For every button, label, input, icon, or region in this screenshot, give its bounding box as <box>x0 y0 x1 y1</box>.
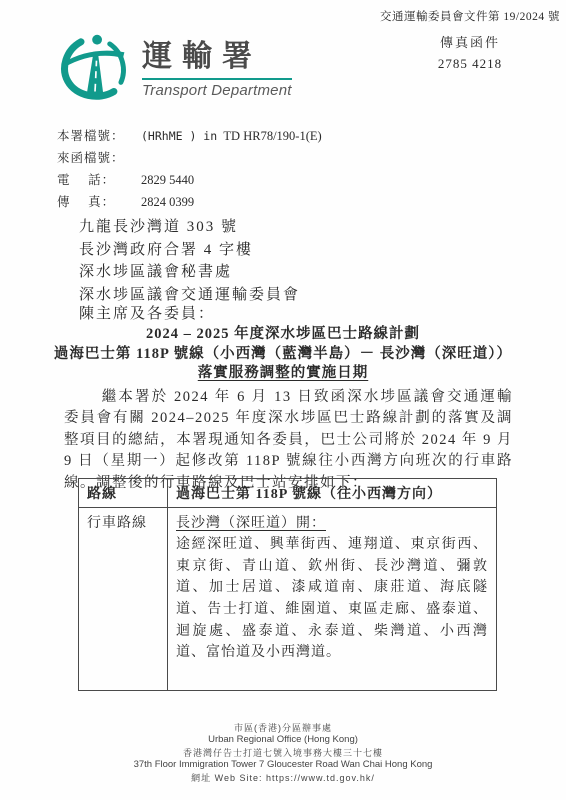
fax-letter-number: 2785 4218 <box>380 56 560 72</box>
logo-name-zh: 運輸署 <box>142 42 292 76</box>
our-ref-handwritten: (HRhME ) in <box>141 129 217 143</box>
footer-website: 網址 Web Site: https://www.td.gov.hk/ <box>0 772 566 784</box>
route-label-cell: 路線 <box>79 479 168 508</box>
our-ref-label: 本署檔號： <box>57 128 135 145</box>
footer-office-en: Urban Regional Office (Hong Kong) <box>0 734 566 747</box>
recipient-address: 九龍長沙灣道 303 號 長沙灣政府合署 4 字樓 深水埗區議會秘書處 深水埗區… <box>79 216 300 306</box>
fax-label: 傳 真： <box>57 194 135 211</box>
logo-rule <box>142 78 292 80</box>
fax-letter-label: 傳真函件 <box>380 32 560 51</box>
address-line: 九龍長沙灣道 303 號 <box>79 216 300 239</box>
transport-department-logo-icon <box>60 32 130 102</box>
reference-block: 本署檔號： (HRhME ) in TD HR78/190-1(E) 來函檔號：… <box>57 128 322 216</box>
letter-page: 運輸署 Transport Department 交通運輸委員會文件第 19/2… <box>0 0 566 800</box>
our-ref-value: TD HR78/190-1(E) <box>223 129 321 143</box>
footer-address-en: 37th Floor Immigration Tower 7 Glouceste… <box>0 759 566 772</box>
title-line-1: 2024 – 2025 年度深水埗區巴士路線計劃 <box>40 325 526 345</box>
logo-name-en: Transport Department <box>142 82 292 99</box>
address-line: 深水埗區議會秘書處 <box>79 261 300 284</box>
address-line: 長沙灣政府合署 4 字樓 <box>79 239 300 262</box>
routing-value-cell: 長沙灣（深旺道）開： 途經深旺道、興華街西、連翔道、東京街西、東京街、青山道、欽… <box>168 508 497 691</box>
fax-row: 傳 真： 2824 0399 <box>57 194 322 211</box>
office-footer: 市區(香港)分區辦事處 Urban Regional Office (Hong … <box>0 722 566 784</box>
fax-value: 2824 0399 <box>141 194 194 211</box>
transport-department-logo: 運輸署 Transport Department <box>60 32 292 102</box>
salutation: 陳主席及各委員： <box>79 302 215 323</box>
committee-doc-ref: 交通運輸委員會文件第 19/2024 號 <box>380 8 560 24</box>
footer-office-zh: 市區(香港)分區辦事處 <box>0 722 566 734</box>
routing-streets: 途經深旺道、興華街西、連翔道、東京街西、東京街、青山道、欽州街、長沙灣道、彌敦道… <box>176 534 488 664</box>
your-ref-label: 來函檔號： <box>57 150 135 167</box>
route-value-cell: 過海巴士第 118P 號線（往小西灣方向） <box>168 479 497 508</box>
routing-label-cell: 行車路線 <box>79 508 168 691</box>
letter-title: 2024 – 2025 年度深水埗區巴士路線計劃 過海巴士第 118P 號線（小… <box>40 325 526 384</box>
header-fax-block: 交通運輸委員會文件第 19/2024 號 傳真函件 2785 4218 <box>380 8 560 72</box>
tel-value: 2829 5440 <box>141 172 194 189</box>
our-ref-row: 本署檔號： (HRhME ) in TD HR78/190-1(E) <box>57 128 322 145</box>
routing-origin: 長沙灣（深旺道）開： <box>176 512 488 532</box>
table-row-route: 路線 過海巴士第 118P 號線（往小西灣方向） <box>79 479 497 508</box>
tel-label: 電 話： <box>57 172 135 189</box>
footer-address-zh: 香港灣仔告士打道七號入境事務大樓三十七樓 <box>0 747 566 759</box>
title-line-2: 過海巴士第 118P 號線（小西灣（藍灣半島）－ 長沙灣（深旺道）） <box>40 345 526 365</box>
tel-row: 電 話： 2829 5440 <box>57 172 322 189</box>
your-ref-row: 來函檔號： <box>57 150 322 167</box>
title-line-3: 落實服務調整的實施日期 <box>40 364 526 384</box>
table-row-routing: 行車路線 長沙灣（深旺道）開： 途經深旺道、興華街西、連翔道、東京街西、東京街、… <box>79 508 497 691</box>
route-table: 路線 過海巴士第 118P 號線（往小西灣方向） 行車路線 長沙灣（深旺道）開：… <box>78 478 497 691</box>
